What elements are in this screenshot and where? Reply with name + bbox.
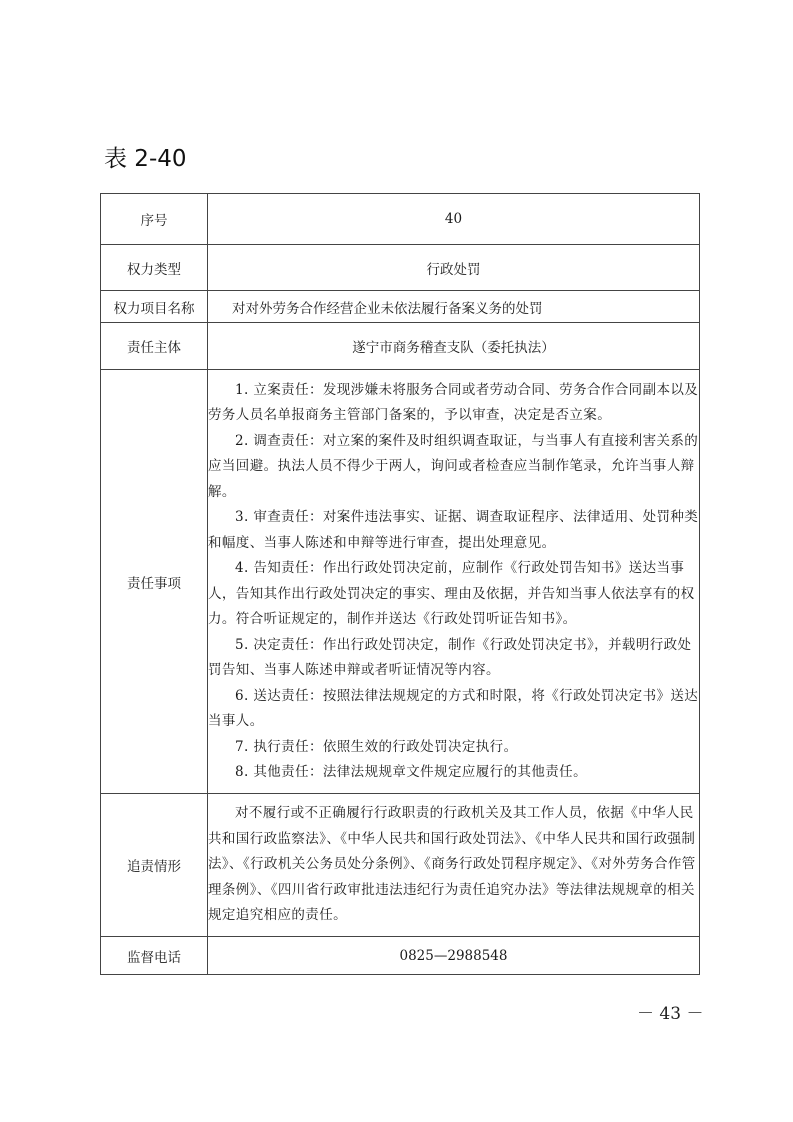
row-label: 监督电话 (101, 937, 208, 975)
row-label: 责任事项 (101, 370, 208, 794)
duty-item: 1. 立案责任：发现涉嫌未将服务合同或者劳动合同、劳务合作合同副本以及劳务人员名… (208, 378, 699, 429)
seq-value: 40 (208, 194, 700, 245)
duty-item: 3. 审查责任：对案件违法事实、证据、调查取证程序、法律适用、处罚种类和幅度、当… (208, 505, 699, 556)
duty-item: 2. 调查责任：对立案的案件及时组织调查取证，与当事人有直接利害关系的应当回避。… (208, 429, 699, 506)
duty-item: 4. 告知责任：作出行政处罚决定前，应制作《行政处罚告知书》送达当事人，告知其作… (208, 556, 699, 633)
duties-content: 1. 立案责任：发现涉嫌未将服务合同或者劳动合同、劳务合作合同副本以及劳务人员名… (208, 370, 700, 794)
duty-item: 8. 其他责任：法律法规规章文件规定应履行的其他责任。 (208, 760, 699, 786)
subject-value: 遂宁市商务稽查支队（委托执法） (208, 323, 700, 370)
phone-value: 0825—2988548 (208, 937, 700, 975)
accountability-content: 对不履行或不正确履行行政职责的行政机关及其工作人员，依据《中华人民共和国行政监察… (208, 794, 700, 937)
table-row-accountability: 追责情形 对不履行或不正确履行行政职责的行政机关及其工作人员，依据《中华人民共和… (101, 794, 700, 937)
table-row-subject: 责任主体 遂宁市商务稽查支队（委托执法） (101, 323, 700, 370)
table-row-duties: 责任事项 1. 立案责任：发现涉嫌未将服务合同或者劳动合同、劳务合作合同副本以及… (101, 370, 700, 794)
table-row-item-name: 权力项目名称 对对外劳务合作经营企业未依法履行备案义务的处罚 (101, 291, 700, 323)
page-number: － 43 － (637, 999, 703, 1024)
duty-item: 7. 执行责任：依照生效的行政处罚决定执行。 (208, 735, 699, 761)
table-row-seq: 序号 40 (101, 194, 700, 245)
row-label: 序号 (101, 194, 208, 245)
table-row-phone: 监督电话 0825—2988548 (101, 937, 700, 975)
duty-item: 5. 决定责任：作出行政处罚决定，制作《行政处罚决定书》，并载明行政处罚告知、当… (208, 633, 699, 684)
accountability-text: 对不履行或不正确履行行政职责的行政机关及其工作人员，依据《中华人民共和国行政监察… (208, 801, 699, 929)
table-row-power-type: 权力类型 行政处罚 (101, 245, 700, 291)
row-label: 权力类型 (101, 245, 208, 291)
power-type-value: 行政处罚 (208, 245, 700, 291)
duty-item: 6. 送达责任：按照法律法规规定的方式和时限，将《行政处罚决定书》送达当事人。 (208, 684, 699, 735)
responsibility-table: 序号 40 权力类型 行政处罚 权力项目名称 对对外劳务合作经营企业未依法履行备… (100, 193, 700, 975)
row-label: 权力项目名称 (101, 291, 208, 323)
table-caption: 表 2-40 (104, 140, 187, 173)
item-name-value: 对对外劳务合作经营企业未依法履行备案义务的处罚 (208, 291, 700, 323)
row-label: 责任主体 (101, 323, 208, 370)
row-label: 追责情形 (101, 794, 208, 937)
